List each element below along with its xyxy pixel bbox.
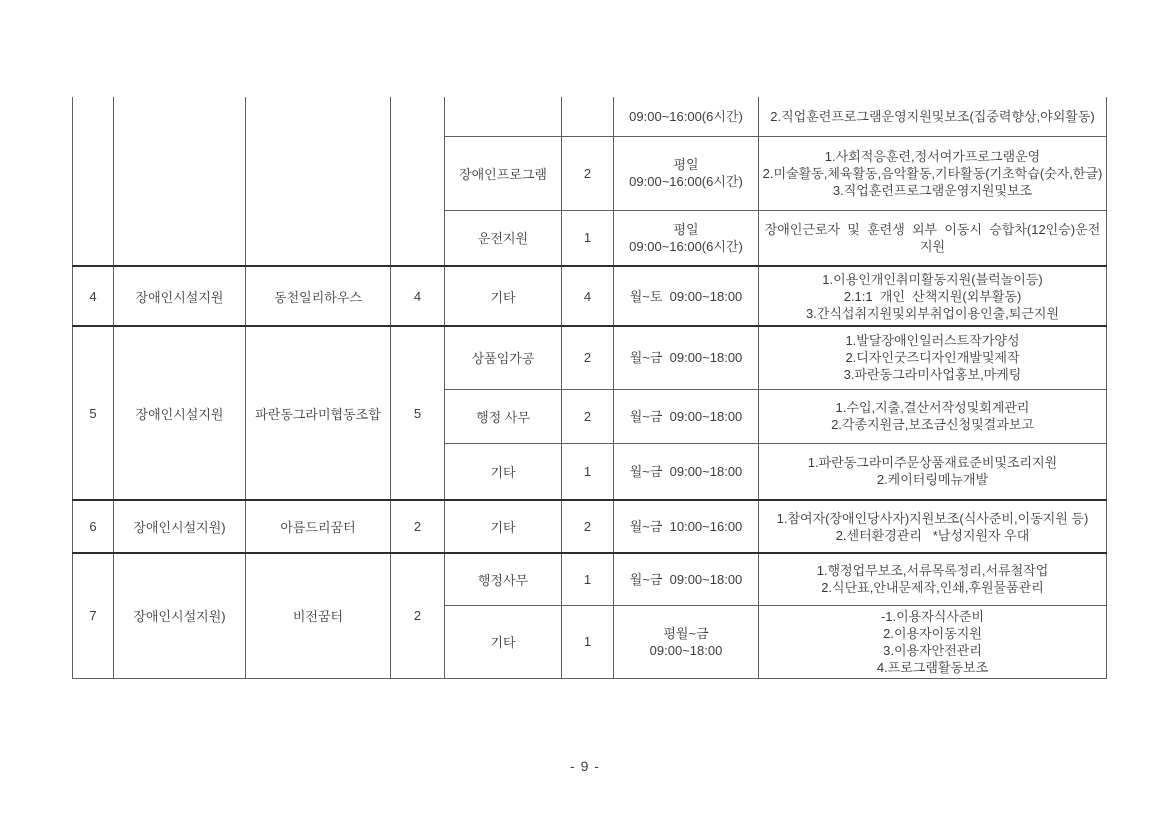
schedule-cell: 월~금 09:00~18:00: [614, 443, 759, 500]
total-count-cell: 5: [391, 326, 445, 500]
job-type-cell: 상품임가공: [445, 326, 562, 389]
details-cell: 1.파란동그라미주문상품재료준비및조리지원 2.케이터링메뉴개발: [759, 443, 1107, 500]
row-number-cell: 5: [73, 326, 114, 500]
job-type-cell: 행정 사무: [445, 389, 562, 443]
headcount-cell: 1: [562, 443, 614, 500]
details-cell: 장애인근로자 및 훈련생 외부 이동시 승합차(12인승)운전지원: [759, 210, 1107, 266]
facility-support-table: 09:00~16:00(6시간) 2.직업훈련프로그램운영지원및보조(집중력향상…: [72, 97, 1107, 679]
category-cell: 장애인시설지원: [114, 266, 246, 326]
details-cell: -1.이용자식사준비 2.이용자이동지원 3.이용자안전관리 4.프로그램활동보…: [759, 605, 1107, 678]
headcount-cell: 2: [562, 136, 614, 210]
headcount-cell: 2: [562, 326, 614, 389]
category-cell: 장애인시설지원): [114, 553, 246, 678]
table-row: 4 장애인시설지원 동천일리하우스 4 기타 4 월~토 09:00~18:00…: [73, 266, 1107, 326]
row-number-cell: [73, 97, 114, 266]
document-page: 09:00~16:00(6시간) 2.직업훈련프로그램운영지원및보조(집중력향상…: [0, 0, 1170, 827]
category-cell: [114, 97, 246, 266]
details-cell: 1.발달장애인일러스트작가양성 2.디자인굿즈디자인개발및제작 3.파란동그라미…: [759, 326, 1107, 389]
page-number: - 9 -: [0, 758, 1170, 774]
facility-cell: 아름드리꿈터: [246, 500, 391, 553]
headcount-cell: 1: [562, 210, 614, 266]
category-cell: 장애인시설지원: [114, 326, 246, 500]
schedule-cell: 월~금 10:00~16:00: [614, 500, 759, 553]
schedule-cell: 월~금 09:00~18:00: [614, 553, 759, 605]
row-number-cell: 6: [73, 500, 114, 553]
facility-cell: 비전꿈터: [246, 553, 391, 678]
headcount-cell: 1: [562, 605, 614, 678]
schedule-cell: 평일 09:00~16:00(6시간): [614, 136, 759, 210]
job-type-cell: 행정사무: [445, 553, 562, 605]
schedule-cell: 월~토 09:00~18:00: [614, 266, 759, 326]
headcount-cell: 2: [562, 500, 614, 553]
row-number-cell: 4: [73, 266, 114, 326]
job-type-cell: 운전지원: [445, 210, 562, 266]
details-cell: 1.행정업무보조,서류목록정리,서류철작업 2.식단표,안내문제작,인쇄,후원물…: [759, 553, 1107, 605]
job-type-cell: 기타: [445, 500, 562, 553]
row-number-cell: 7: [73, 553, 114, 678]
schedule-cell: 월~금 09:00~18:00: [614, 389, 759, 443]
job-type-cell: 장애인프로그램: [445, 136, 562, 210]
schedule-cell: 평월~금 09:00~18:00: [614, 605, 759, 678]
schedule-cell: 평일 09:00~16:00(6시간): [614, 210, 759, 266]
details-cell: 1.수입,지출,결산서작성및회계관리 2.각종지원금,보조금신청및결과보고: [759, 389, 1107, 443]
table-row: 09:00~16:00(6시간) 2.직업훈련프로그램운영지원및보조(집중력향상…: [73, 97, 1107, 136]
job-type-cell: 기타: [445, 266, 562, 326]
headcount-cell: [562, 97, 614, 136]
facility-cell: 파란동그라미협동조합: [246, 326, 391, 500]
table-row: 7 장애인시설지원) 비전꿈터 2 행정사무 1 월~금 09:00~18:00…: [73, 553, 1107, 605]
job-type-cell: [445, 97, 562, 136]
job-type-cell: 기타: [445, 605, 562, 678]
total-count-cell: 4: [391, 266, 445, 326]
details-cell: 1.사회적응훈련,정서여가프로그램운영 2.미술활동,체육활동,음악활동,기타활…: [759, 136, 1107, 210]
total-count-cell: 2: [391, 500, 445, 553]
table-row: 5 장애인시설지원 파란동그라미협동조합 5 상품임가공 2 월~금 09:00…: [73, 326, 1107, 389]
details-cell: 2.직업훈련프로그램운영지원및보조(집중력향상,야외활동): [759, 97, 1107, 136]
facility-cell: [246, 97, 391, 266]
category-cell: 장애인시설지원): [114, 500, 246, 553]
schedule-cell: 09:00~16:00(6시간): [614, 97, 759, 136]
total-count-cell: [391, 97, 445, 266]
details-cell: 1.참여자(장애인당사자)지원보조(식사준비,이동지원 등) 2.센터환경관리 …: [759, 500, 1107, 553]
headcount-cell: 4: [562, 266, 614, 326]
total-count-cell: 2: [391, 553, 445, 678]
headcount-cell: 2: [562, 389, 614, 443]
schedule-cell: 월~금 09:00~18:00: [614, 326, 759, 389]
headcount-cell: 1: [562, 553, 614, 605]
facility-cell: 동천일리하우스: [246, 266, 391, 326]
table-row: 6 장애인시설지원) 아름드리꿈터 2 기타 2 월~금 10:00~16:00…: [73, 500, 1107, 553]
details-cell: 1.이용인개인취미활동지원(블럭놀이등) 2.1:1 개인 산책지원(외부활동)…: [759, 266, 1107, 326]
job-type-cell: 기타: [445, 443, 562, 500]
